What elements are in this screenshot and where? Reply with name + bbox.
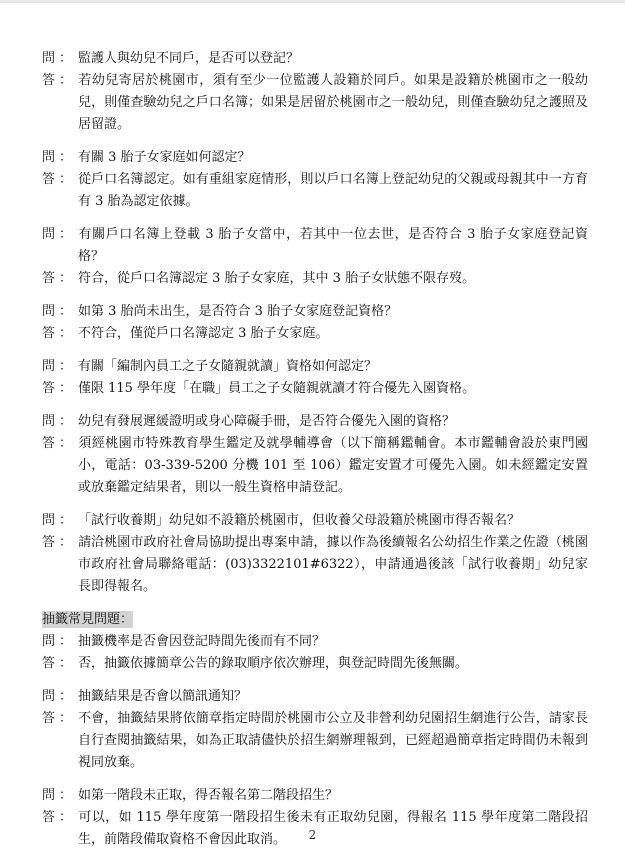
question-label: 問： [42,356,78,378]
qa-block: 問：監護人與幼兒不同戶，是否可以登記？ 答：若幼兒寄居於桃園市，須有至少一位監護… [42,48,588,136]
answer-line: 答：請洽桃園市政府社會局協助提出專案申請，據以作為後續報名公幼招生作業之佐證（桃… [42,532,588,598]
answer-label: 答： [42,708,78,730]
question-line: 問：如第 3 胎尚未出生，是否符合 3 胎子女家庭登記資格？ [42,301,588,323]
answer-text: 否，抽籤依據簡章公告的錄取順序依次辦理，與登記時間先後無關。 [78,656,468,671]
answer-label: 答： [42,169,78,191]
answer-line: 答：從戶口名簿認定。如有重組家庭情形，則以戶口名簿上登記幼兒的父親或母親其中一方… [42,169,588,213]
question-line: 問：幼兒有發展遲緩證明或身心障礙手冊，是否符合優先入園的資格？ [42,411,588,433]
faq-content: 問：監護人與幼兒不同戶，是否可以登記？ 答：若幼兒寄居於桃園市，須有至少一位監護… [42,48,588,862]
answer-text: 請洽桃園市政府社會局協助提出專案申請，據以作為後續報名公幼招生作業之佐證（桃園市… [78,535,588,594]
qa-block: 問：抽籤結果是否會以簡訊通知？ 答：不會，抽籤結果將依簡章指定時間於桃園市公立及… [42,686,588,774]
question-label: 問： [42,631,78,653]
question-text: 有關「編制內員工之子女隨親就讀」資格如何認定？ [78,359,377,374]
question-text: 監護人與幼兒不同戶，是否可以登記？ [78,51,299,66]
question-label: 問： [42,411,78,433]
answer-text: 符合，從戶口名簿認定 3 胎子女家庭，其中 3 胎子女狀態不限存歿。 [78,271,475,286]
question-label: 問： [42,147,78,169]
question-label: 問： [42,785,78,807]
question-label: 問： [42,48,78,70]
qa-block: 問：有關 3 胎子女家庭如何認定？ 答：從戶口名簿認定。如有重組家庭情形，則以戶… [42,147,588,213]
window-top-border [0,0,625,3]
question-line: 問：「試行收養期」幼兒如不設籍於桃園市，但收養父母設籍於桃園市得否報名？ [42,510,588,532]
answer-label: 答： [42,532,78,554]
answer-line: 答：不符合，僅從戶口名簿認定 3 胎子女家庭。 [42,323,588,345]
heading-highlight: 抽籤常見問題： [42,611,133,628]
answer-line: 答：不會，抽籤結果將依簡章指定時間於桃園市公立及非營利幼兒園招生網進行公告，請家… [42,708,588,774]
answer-label: 答： [42,268,78,290]
answer-line: 答：符合，從戶口名簿認定 3 胎子女家庭，其中 3 胎子女狀態不限存歿。 [42,268,588,290]
page-number: 2 [0,828,625,842]
answer-text: 不會，抽籤結果將依簡章指定時間於桃園市公立及非營利幼兒園招生網進行公告，請家長自… [78,711,588,770]
qa-block: 問：「試行收養期」幼兒如不設籍於桃園市，但收養父母設籍於桃園市得否報名？ 答：請… [42,510,588,598]
document-page: 問：監護人與幼兒不同戶，是否可以登記？ 答：若幼兒寄居於桃園市，須有至少一位監護… [0,0,625,865]
question-text: 抽籤機率是否會因登記時間先後而有不同？ [78,634,325,649]
question-text: 「試行收養期」幼兒如不設籍於桃園市，但收養父母設籍於桃園市得否報名？ [78,513,520,528]
question-text: 如第 3 胎尚未出生，是否符合 3 胎子女家庭登記資格？ [78,304,397,319]
qa-block: 問：有關「編制內員工之子女隨親就讀」資格如何認定？ 答：僅限 115 學年度「在… [42,356,588,400]
question-text: 有關 3 胎子女家庭如何認定？ [78,150,251,165]
qa-block: 問：如第 3 胎尚未出生，是否符合 3 胎子女家庭登記資格？ 答：不符合，僅從戶… [42,301,588,345]
answer-line: 答：僅限 115 學年度「在職」員工之子女隨親就讀才符合優先入園資格。 [42,378,588,400]
answer-text: 須經桃園市特殊教育學生鑑定及就學輔導會（以下簡稱鑑輔會。本市鑑輔會設於東門國小，… [78,436,588,495]
answer-label: 答： [42,70,78,92]
question-label: 問： [42,224,78,246]
lottery-section-heading: 抽籤常見問題： [42,609,588,631]
answer-text: 從戶口名簿認定。如有重組家庭情形，則以戶口名簿上登記幼兒的父親或母親其中一方育有… [78,172,588,209]
answer-text: 僅限 115 學年度「在職」員工之子女隨親就讀才符合優先入園資格。 [78,381,475,396]
question-text: 如第一階段未正取，得否報名第二階段招生？ [78,788,338,803]
qa-block: 問：有關戶口名簿上登載 3 胎子女當中，若其中一位去世，是否符合 3 胎子女家庭… [42,224,588,290]
question-text: 幼兒有發展遲緩證明或身心障礙手冊，是否符合優先入園的資格？ [78,414,455,429]
qa-block: 問：幼兒有發展遲緩證明或身心障礙手冊，是否符合優先入園的資格？ 答：須經桃園市特… [42,411,588,499]
answer-line: 答：須經桃園市特殊教育學生鑑定及就學輔導會（以下簡稱鑑輔會。本市鑑輔會設於東門國… [42,433,588,499]
question-line: 問：抽籤結果是否會以簡訊通知？ [42,686,588,708]
answer-label: 答： [42,378,78,400]
answer-text: 若幼兒寄居於桃園市，須有至少一位監護人設籍於同戶。如果是設籍於桃園市之一般幼兒，… [78,73,588,132]
question-label: 問： [42,301,78,323]
question-line: 問：有關戶口名簿上登載 3 胎子女當中，若其中一位去世，是否符合 3 胎子女家庭… [42,224,588,268]
answer-label: 答： [42,433,78,455]
answer-text: 不符合，僅從戶口名簿認定 3 胎子女家庭。 [78,326,329,341]
question-label: 問： [42,510,78,532]
answer-label: 答： [42,807,78,829]
answer-line: 答：若幼兒寄居於桃園市，須有至少一位監護人設籍於同戶。如果是設籍於桃園市之一般幼… [42,70,588,136]
question-line: 問：監護人與幼兒不同戶，是否可以登記？ [42,48,588,70]
qa-block: 問：抽籤機率是否會因登記時間先後而有不同？ 答：否，抽籤依據簡章公告的錄取順序依… [42,631,588,675]
question-line: 問：有關 3 胎子女家庭如何認定？ [42,147,588,169]
answer-line: 答：否，抽籤依據簡章公告的錄取順序依次辦理，與登記時間先後無關。 [42,653,588,675]
question-label: 問： [42,686,78,708]
question-text: 抽籤結果是否會以簡訊通知？ [78,689,247,704]
question-line: 問：有關「編制內員工之子女隨親就讀」資格如何認定？ [42,356,588,378]
question-text: 有關戶口名簿上登載 3 胎子女當中，若其中一位去世，是否符合 3 胎子女家庭登記… [78,227,588,264]
question-line: 問：抽籤機率是否會因登記時間先後而有不同？ [42,631,588,653]
question-line: 問：如第一階段未正取，得否報名第二階段招生？ [42,785,588,807]
answer-label: 答： [42,653,78,675]
answer-label: 答： [42,323,78,345]
